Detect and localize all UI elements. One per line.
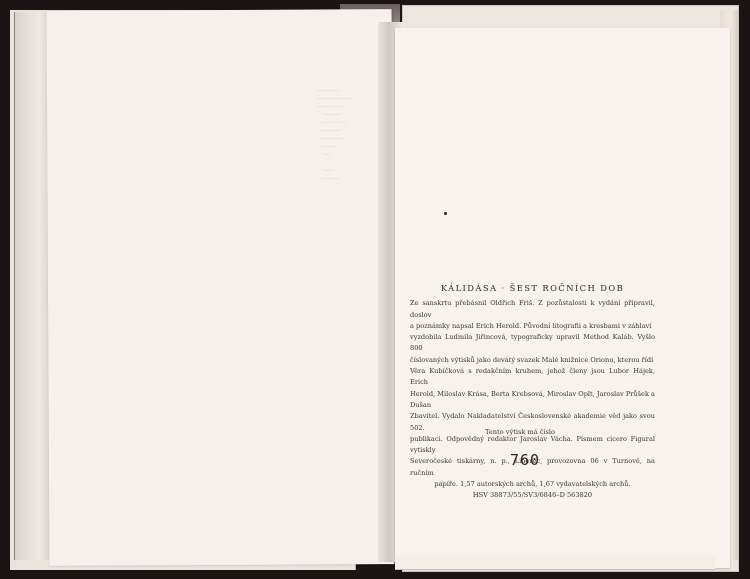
left-page: ────── ────────── ───── ── ───── ── ─── … xyxy=(47,9,395,566)
copy-number-value: 760 xyxy=(500,451,550,469)
colophon-line: Herold, Miloslav Krása, Berta Krebsová, … xyxy=(410,389,655,412)
colophon-line: a poznámky napsal Erich Herold. Původní … xyxy=(410,321,655,332)
right-page-bottom-edge xyxy=(395,555,715,570)
colophon-line: číslovaných výtisků jako devátý svazek M… xyxy=(410,355,655,366)
catalog-number: HSV 38873/55/SV3/6846–D 563820 xyxy=(410,490,655,501)
colophon-line: vyzdobila Ludmila Jiřincová, typografick… xyxy=(410,332,655,355)
colophon-line: Věra Kubíčková s redakčním kruhem, jehož… xyxy=(410,366,655,389)
bleed-through-text: ────── ────────── ───── ── ───── ── ─── … xyxy=(317,87,388,183)
book-title: KÁLIDÁSA · ŠEST ROČNÍCH DOB xyxy=(410,283,655,294)
ink-speck xyxy=(444,212,447,215)
copy-number-label: Tento výtisk má číslo xyxy=(470,428,570,436)
book-scan: ────── ────────── ───── ── ───── ── ─── … xyxy=(0,0,750,579)
colophon-line: Ze sanskrtu přebásnil Oldřich Friš. Z po… xyxy=(410,298,655,321)
colophon-line-centered: papíře. 1,57 autorských archů, 1,67 vyda… xyxy=(410,479,655,490)
